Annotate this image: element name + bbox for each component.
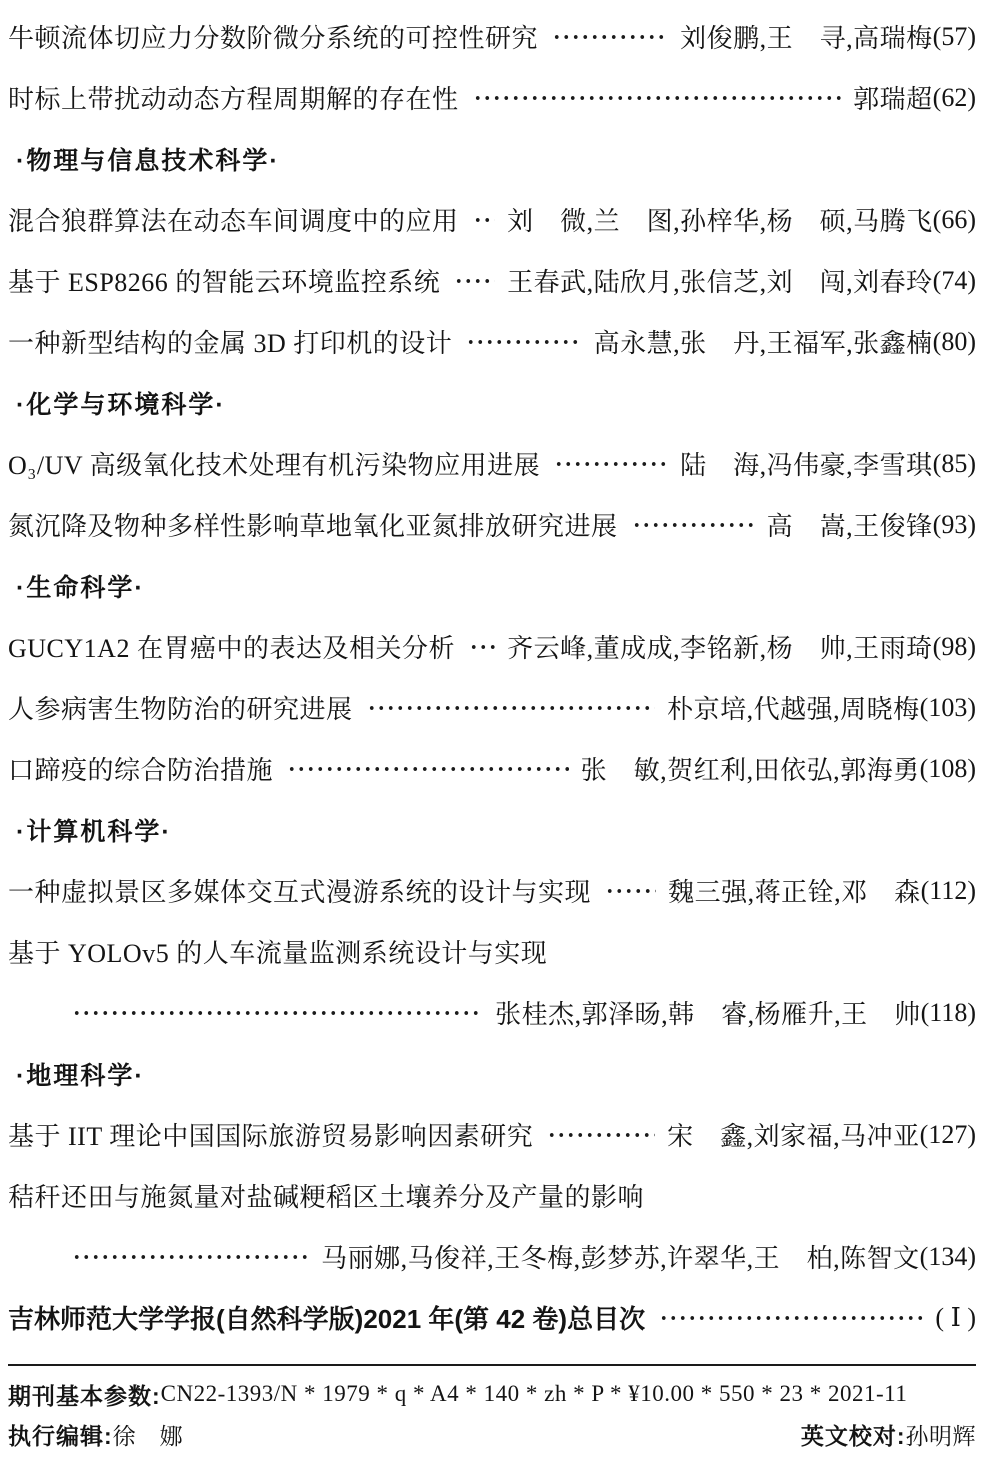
section-header-row: ·地理科学·: [8, 1043, 976, 1104]
article-authors: 高 嵩,王俊锋: [767, 506, 933, 543]
dot-leader: [473, 67, 842, 128]
section-header-row: ·化学与环境科学·: [8, 372, 976, 433]
article-authors: 朴京培,代越强,周晓梅: [667, 689, 920, 726]
dot-leader: [466, 311, 581, 372]
toc-entry-row: 混合狼群算法在动态车间调度中的应用刘 微,兰 图,孙梓华,杨 硕,马腾飞(66): [8, 189, 976, 250]
article-authors: 高永慧,张 丹,王福军,张鑫楠: [594, 323, 933, 360]
article-title: 吉林师范大学学报(自然科学版)2021 年(第 42 卷)总目次: [8, 1299, 645, 1336]
article-authors: 陆 海,冯伟豪,李雪琪: [680, 445, 933, 482]
section-header-row: ·计算机科学·: [8, 799, 976, 860]
article-title: 时标上带扰动动态方程周期解的存在性: [8, 79, 459, 116]
toc-entry-continuation-row: 马丽娜,马俊祥,王冬梅,彭梦苏,许翠华,王 柏,陈智文(134): [8, 1226, 976, 1287]
article-authors: 张桂杰,郭泽旸,韩 睿,杨雁升,王 帅: [495, 994, 921, 1031]
article-page-number: (62): [933, 83, 976, 113]
toc-entry-row: 口蹄疫的综合防治措施张 敏,贺红利,田依弘,郭海勇(108): [8, 738, 976, 799]
article-title: 口蹄疫的综合防治措施: [8, 750, 273, 787]
editors-line: 执行编辑: 徐 娜 英文校对: 孙明辉: [8, 1414, 976, 1454]
article-title: 基于 YOLOv5 的人车流量监测系统设计与实现: [8, 933, 547, 970]
dot-leader: [552, 6, 668, 67]
english-proofreader-label: 英文校对:: [801, 1418, 906, 1451]
dot-leader: [554, 433, 668, 494]
article-authors: 刘 微,兰 图,孙梓华,杨 硕,马腾飞: [507, 201, 933, 238]
article-page-number: (112): [921, 876, 976, 906]
toc-entry-row: 吉林师范大学学报(自然科学版)2021 年(第 42 卷)总目次( Ⅰ ): [8, 1287, 976, 1348]
article-title: 秸秆还田与施氮量对盐碱粳稻区土壤养分及产量的影响: [8, 1177, 644, 1214]
footer-divider: [8, 1364, 976, 1366]
article-title: 一种虚拟景区多媒体交互式漫游系统的设计与实现: [8, 872, 591, 909]
dot-leader: [469, 616, 495, 677]
toc-entry-title-row: 基于 YOLOv5 的人车流量监测系统设计与实现: [8, 921, 976, 982]
article-authors: 张 敏,贺红利,田依弘,郭海勇: [581, 750, 920, 787]
toc-entry-row: 基于 IIT 理论中国国际旅游贸易影响因素研究宋 鑫,刘家福,马冲亚(127): [8, 1104, 976, 1165]
dot-leader: [72, 1226, 309, 1287]
article-page-number: (134): [920, 1242, 976, 1272]
section-header-label: ·计算机科学·: [16, 812, 172, 848]
article-title: 混合狼群算法在动态车间调度中的应用: [8, 201, 459, 238]
section-header-label: ·地理科学·: [16, 1056, 145, 1092]
journal-params-value: CN22-1393/N * 1979 * q * A4 * 140 * zh *…: [161, 1381, 908, 1407]
article-authors: 王春武,陆欣月,张信芝,刘 闯,刘春玲: [507, 262, 933, 299]
article-page-number: (66): [933, 205, 976, 235]
section-header-row: ·生命科学·: [8, 555, 976, 616]
article-authors: 宋 鑫,刘家福,马冲亚: [667, 1116, 920, 1153]
article-title: O₃/UV 高级氧化技术处理有机污染物应用进展: [8, 445, 540, 482]
dot-leader: [605, 860, 656, 921]
dot-leader: [72, 982, 483, 1043]
article-authors: 马丽娜,马俊祥,王冬梅,彭梦苏,许翠华,王 柏,陈智文: [321, 1238, 920, 1275]
toc-entry-row: 一种虚拟景区多媒体交互式漫游系统的设计与实现魏三强,蒋正铨,邓 森(112): [8, 860, 976, 921]
toc-entry-row: O₃/UV 高级氧化技术处理有机污染物应用进展陆 海,冯伟豪,李雪琪(85): [8, 433, 976, 494]
journal-toc-page: 牛顿流体切应力分数阶微分系统的可控性研究刘俊鹏,王 寻,高瑞梅(57)时标上带扰…: [0, 0, 988, 1471]
article-page-number: (103): [920, 693, 976, 723]
dot-leader: [547, 1104, 655, 1165]
journal-params-label: 期刊基本参数:: [8, 1378, 161, 1411]
article-authors: 魏三强,蒋正铨,邓 森: [668, 872, 921, 909]
dot-leader: [367, 677, 656, 738]
section-header-label: ·生命科学·: [16, 568, 145, 604]
article-title: 氮沉降及物种多样性影响草地氧化亚氮排放研究进展: [8, 506, 618, 543]
journal-params-line: 期刊基本参数: CN22-1393/N * 1979 * q * A4 * 14…: [8, 1374, 976, 1414]
article-page-number: (85): [933, 449, 976, 479]
article-page-number: (93): [933, 510, 976, 540]
toc-entry-row: 一种新型结构的金属 3D 打印机的设计高永慧,张 丹,王福军,张鑫楠(80): [8, 311, 976, 372]
article-title: GUCY1A2 在胃癌中的表达及相关分析: [8, 628, 455, 665]
toc-entry-title-row: 秸秆还田与施氮量对盐碱粳稻区土壤养分及产量的影响: [8, 1165, 976, 1226]
article-page-number: (98): [933, 632, 976, 662]
toc-entry-row: 牛顿流体切应力分数阶微分系统的可控性研究刘俊鹏,王 寻,高瑞梅(57): [8, 6, 976, 67]
toc-entry-row: 人参病害生物防治的研究进展朴京培,代越强,周晓梅(103): [8, 677, 976, 738]
article-page-number: (74): [933, 266, 976, 296]
article-title: 基于 ESP8266 的智能云环境监控系统: [8, 262, 440, 299]
dot-leader: [659, 1287, 923, 1348]
article-page-number: (57): [933, 22, 976, 52]
dot-leader: [473, 189, 496, 250]
article-page-number: (108): [920, 754, 976, 784]
toc-entry-row: 时标上带扰动动态方程周期解的存在性郭瑞超(62): [8, 67, 976, 128]
article-authors: 刘俊鹏,王 寻,高瑞梅: [680, 18, 933, 55]
article-title: 牛顿流体切应力分数阶微分系统的可控性研究: [8, 18, 538, 55]
dot-leader: [287, 738, 569, 799]
toc-entry-row: 基于 ESP8266 的智能云环境监控系统王春武,陆欣月,张信芝,刘 闯,刘春玲…: [8, 250, 976, 311]
article-page-number: ( Ⅰ ): [935, 1303, 976, 1333]
dot-leader: [632, 494, 755, 555]
article-authors: 齐云峰,董成成,李铭新,杨 帅,王雨琦: [507, 628, 933, 665]
article-page-number: (80): [933, 327, 976, 357]
toc-entry-row: 氮沉降及物种多样性影响草地氧化亚氮排放研究进展高 嵩,王俊锋(93): [8, 494, 976, 555]
toc-entry-row: GUCY1A2 在胃癌中的表达及相关分析齐云峰,董成成,李铭新,杨 帅,王雨琦(…: [8, 616, 976, 677]
executive-editor-label: 执行编辑:: [8, 1418, 113, 1451]
dot-leader: [454, 250, 495, 311]
toc-entry-continuation-row: 张桂杰,郭泽旸,韩 睿,杨雁升,王 帅(118): [8, 982, 976, 1043]
english-proofreader-name: 孙明辉: [906, 1418, 977, 1451]
executive-editor-name: 徐 娜: [113, 1418, 184, 1451]
section-header-label: ·化学与环境科学·: [16, 385, 226, 421]
section-header-label: ·物理与信息技术科学·: [16, 141, 280, 177]
article-page-number: (127): [920, 1120, 976, 1150]
article-title: 一种新型结构的金属 3D 打印机的设计: [8, 323, 452, 360]
article-title: 基于 IIT 理论中国国际旅游贸易影响因素研究: [8, 1116, 533, 1153]
article-title: 人参病害生物防治的研究进展: [8, 689, 353, 726]
article-page-number: (118): [921, 998, 976, 1028]
article-authors: 郭瑞超: [853, 79, 933, 116]
section-header-row: ·物理与信息技术科学·: [8, 128, 976, 189]
toc-list: 牛顿流体切应力分数阶微分系统的可控性研究刘俊鹏,王 寻,高瑞梅(57)时标上带扰…: [8, 6, 976, 1348]
